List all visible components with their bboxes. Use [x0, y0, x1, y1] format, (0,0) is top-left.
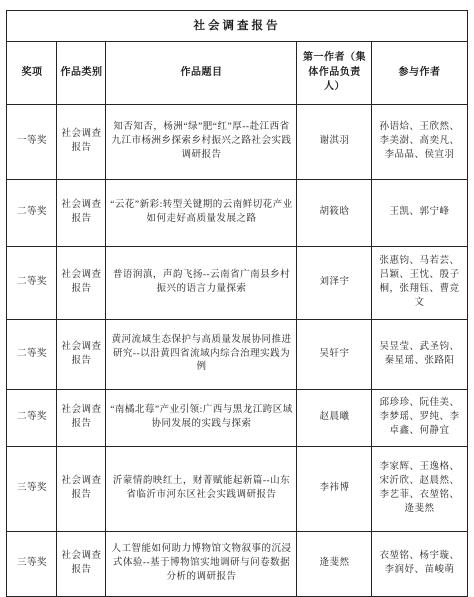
document-page: 社会调查报告 奖项 作品类别 作品题目 第一作者（集体作品负责人） 参与作者 一… [0, 0, 474, 597]
col-header-participants: 参与作者 [372, 42, 467, 105]
first-author-cell: 赵晨曦 [297, 390, 372, 447]
participants-cell: 孙语烚、王欣然、李美澍、高奕凡、李品晶、侯宣羽 [372, 105, 467, 180]
first-author-cell: 李祎博 [297, 447, 372, 532]
table-row: 二等奖 社会调查报告 “云花”新彩:转型关键期的云南鲜切花产业如何走好高质量发展… [7, 180, 467, 247]
work-title-cell: “南橘北莓”产业引领:广西与黑龙江跨区域协同发展的实践与探索 [106, 390, 297, 447]
category-cell: 社会调查报告 [57, 447, 106, 532]
award-cell: 二等奖 [7, 320, 57, 390]
award-cell: 二等奖 [7, 247, 57, 320]
award-cell: 二等奖 [7, 180, 57, 247]
col-header-work-title: 作品题目 [106, 42, 297, 105]
table-title: 社会调查报告 [7, 11, 467, 42]
award-cell: 三等奖 [7, 447, 57, 532]
award-cell: 二等奖 [7, 390, 57, 447]
category-cell: 社会调查报告 [57, 532, 106, 597]
category-cell: 社会调查报告 [57, 105, 106, 180]
table-row: 三等奖 社会调查报告 人工智能如何助力博物馆文物叙事的沉浸式体验--基于博物馆实… [7, 532, 467, 597]
work-title-cell: 普语润滇，声韵飞扬--云南省广南县乡村振兴的语言力量探索 [106, 247, 297, 320]
category-cell: 社会调查报告 [57, 247, 106, 320]
participants-cell: 李家辉、王逸格、宋沂欣、赵晨然、李艺菲、衣堃铭、逄斐然 [372, 447, 467, 532]
first-author-cell: 吴轩宇 [297, 320, 372, 390]
first-author-cell: 刘泽宇 [297, 247, 372, 320]
first-author-cell: 谢淇羽 [297, 105, 372, 180]
work-title-cell: 人工智能如何助力博物馆文物叙事的沉浸式体验--基于博物馆实地调研与问卷数据分析的… [106, 532, 297, 597]
col-header-award: 奖项 [7, 42, 57, 105]
award-cell: 三等奖 [7, 532, 57, 597]
participants-cell: 王凯、郭宁峰 [372, 180, 467, 247]
participants-cell: 邱珍珍、阮佳美、李梦瑶、罗纯、李卓鑫、何静宜 [372, 390, 467, 447]
participants-cell: 衣堃铭、杨宇璇、李润妤、苗峻萌 [372, 532, 467, 597]
table-title-row: 社会调查报告 [7, 11, 467, 42]
table-row: 一等奖 社会调查报告 知否知否，杨洲“绿”肥“红”厚--赴江西省九江市杨洲乡探索… [7, 105, 467, 180]
awards-table: 社会调查报告 奖项 作品类别 作品题目 第一作者（集体作品负责人） 参与作者 一… [6, 10, 467, 597]
table-row: 二等奖 社会调查报告 黄河流域生态保护与高质量发展协同推进研究--以沿黄四省流域… [7, 320, 467, 390]
col-header-category: 作品类别 [57, 42, 106, 105]
category-cell: 社会调查报告 [57, 180, 106, 247]
category-cell: 社会调查报告 [57, 320, 106, 390]
category-cell: 社会调查报告 [57, 390, 106, 447]
award-cell: 一等奖 [7, 105, 57, 180]
table-row: 三等奖 社会调查报告 沂蒙情韵映红土，财菁赋能起新篇--山东省临沂市河东区社会实… [7, 447, 467, 532]
work-title-cell: 知否知否，杨洲“绿”肥“红”厚--赴江西省九江市杨洲乡探索乡村振兴之路社会实践调… [106, 105, 297, 180]
work-title-cell: “云花”新彩:转型关键期的云南鲜切花产业如何走好高质量发展之路 [106, 180, 297, 247]
first-author-cell: 逄斐然 [297, 532, 372, 597]
table-row: 二等奖 社会调查报告 “南橘北莓”产业引领:广西与黑龙江跨区域协同发展的实践与探… [7, 390, 467, 447]
column-header-row: 奖项 作品类别 作品题目 第一作者（集体作品负责人） 参与作者 [7, 42, 467, 105]
participants-cell: 张惠钧、马若芸、吕颖、王忱、殷子桐，张翔钰、曹竞文 [372, 247, 467, 320]
work-title-cell: 沂蒙情韵映红土，财菁赋能起新篇--山东省临沂市河东区社会实践调研报告 [106, 447, 297, 532]
participants-cell: 吴昱莹、武圣钧、秦星瑶、张路阳 [372, 320, 467, 390]
first-author-cell: 胡筱晗 [297, 180, 372, 247]
col-header-first-author: 第一作者（集体作品负责人） [297, 42, 372, 105]
table-row: 二等奖 社会调查报告 普语润滇，声韵飞扬--云南省广南县乡村振兴的语言力量探索 … [7, 247, 467, 320]
table-body: 一等奖 社会调查报告 知否知否，杨洲“绿”肥“红”厚--赴江西省九江市杨洲乡探索… [7, 105, 467, 597]
work-title-cell: 黄河流域生态保护与高质量发展协同推进研究--以沿黄四省流域内综合治理实践为例 [106, 320, 297, 390]
